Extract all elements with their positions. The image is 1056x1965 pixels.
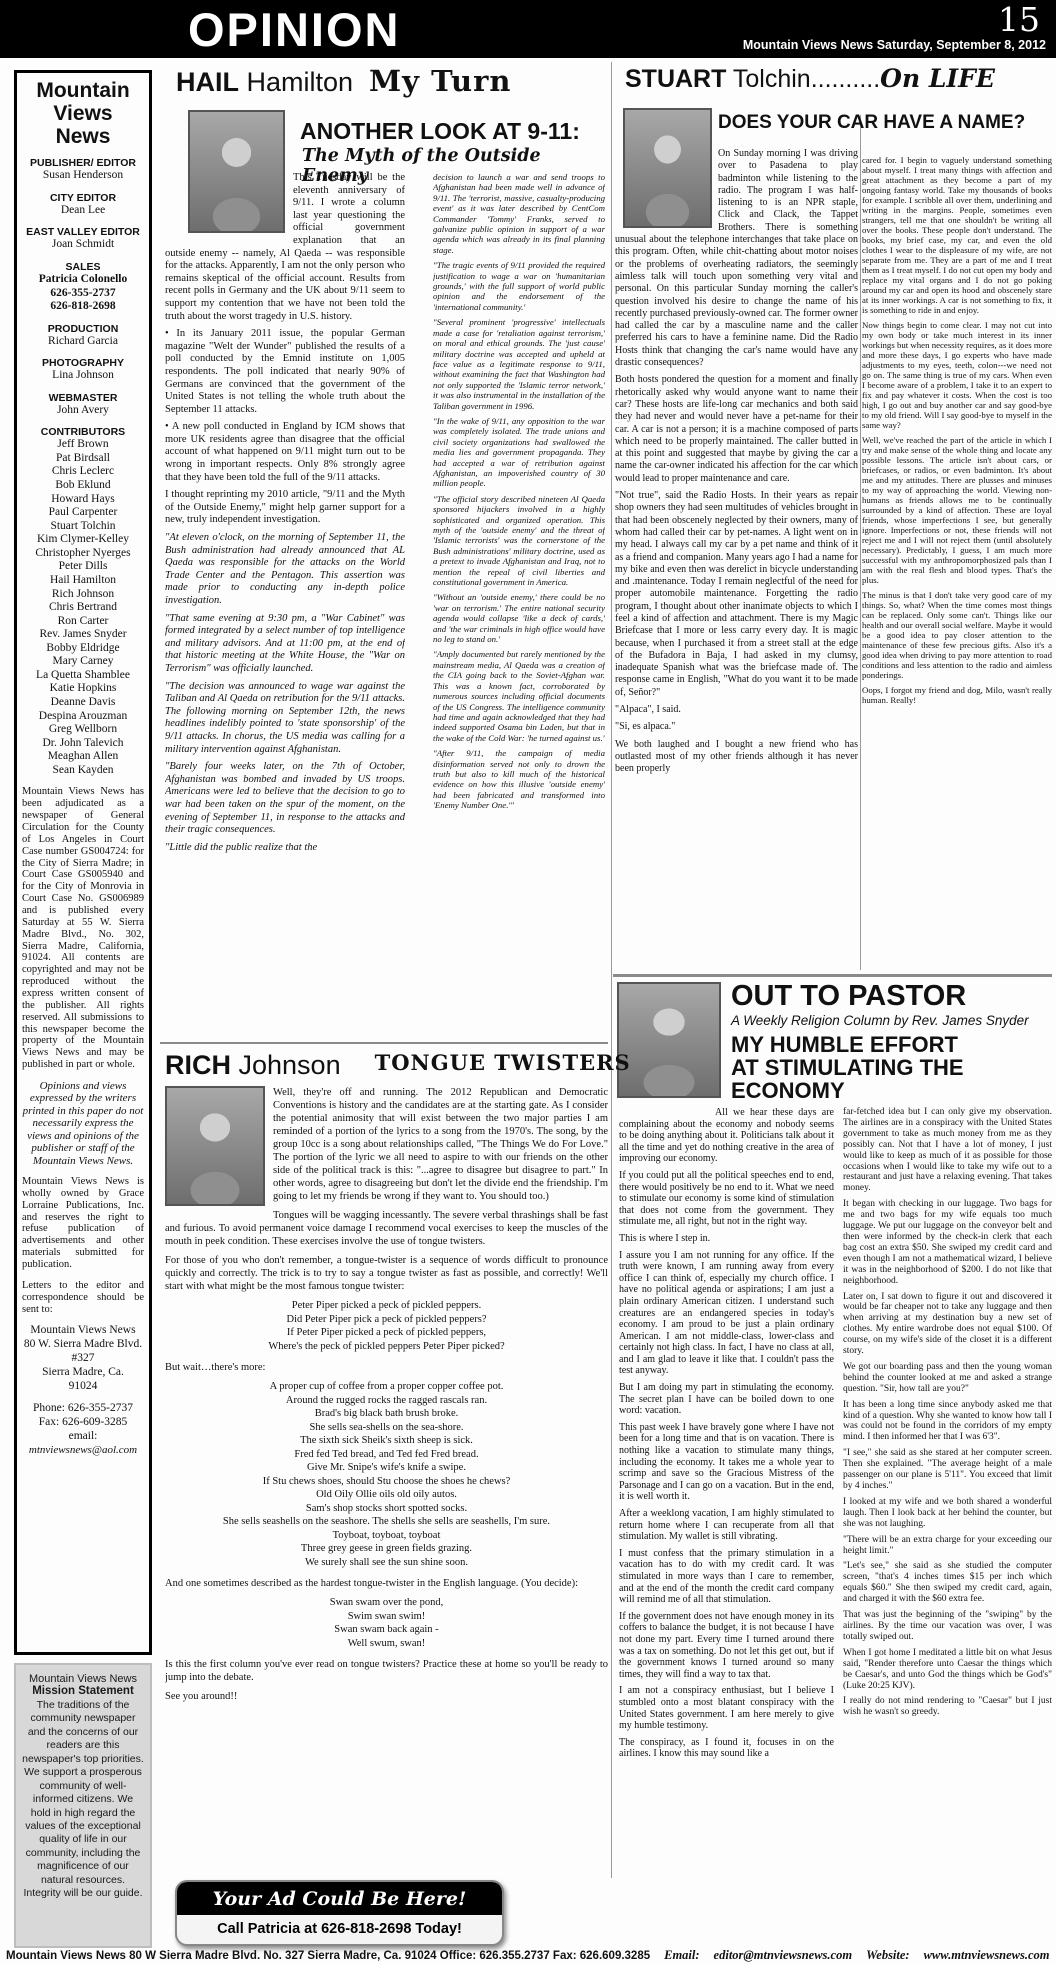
article-column-1: On Sunday morning I was driving over to … [615, 148, 858, 972]
paper-dateline: Mountain Views News Saturday, September … [743, 38, 1046, 52]
text-line: Paul Carpenter [22, 506, 144, 520]
article-column-2: cared for. I begin to vaguely understand… [862, 155, 1052, 967]
text-line: decision to launch a war and send troops… [433, 172, 605, 255]
text-line: Swan swam back again - [165, 1623, 608, 1637]
role-label: PHOTOGRAPHY [22, 357, 144, 369]
page-number: 15 [998, 0, 1040, 39]
text-line: Dr. John Talevich [22, 737, 144, 751]
text-line: Did Peter Piper pick a peck of pickled p… [165, 1313, 608, 1327]
more-label: But wait…there's more: [165, 1361, 608, 1374]
text-line: Bob Eklund [22, 479, 144, 493]
text-line: If Peter Piper picked a peck of pickled … [165, 1326, 608, 1340]
text-line: Bobby Eldridge [22, 642, 144, 656]
text-line: If you could put all the political speec… [619, 1170, 834, 1228]
text-line: Hail Hamilton [22, 574, 144, 588]
author-first-name: HAIL [176, 67, 239, 97]
text-line: News [22, 125, 144, 148]
column-divider [611, 62, 612, 1878]
role-label: PRODUCTION [22, 323, 144, 335]
text-line: A proper cup of coffee from a proper cop… [165, 1380, 608, 1394]
footer-address: Mountain Views News 80 W Sierra Madre Bl… [6, 1950, 650, 1962]
author-photo-rich-johnson [165, 1086, 265, 1206]
text-line: "Si, es alpaca." [615, 721, 858, 733]
article-body: Well, they're off and running. The 2012 … [165, 1086, 608, 1876]
text-line: Stuart Tolchin [22, 520, 144, 534]
text-line: #327 [22, 1352, 144, 1366]
text-line: Swan swam over the pond, [165, 1596, 608, 1610]
text-line: "Alpaca", I said. [615, 704, 858, 716]
text-line: John Avery [22, 404, 144, 418]
text-line: We surely shall see the sun shine soon. [165, 1556, 608, 1570]
role-names: Patricia Colonello626-355-2737626-818-26… [22, 273, 144, 314]
text-line: "Barely four weeks later, on the 7th of … [165, 761, 405, 837]
article-headline: TONGUE TWISTERS [375, 1050, 631, 1075]
text-line: Is this the first column you've ever rea… [165, 1658, 608, 1684]
author-first-name: RICH [165, 1050, 231, 1080]
footer-email: editor@mtnviewsnews.com [714, 1948, 853, 1963]
text-line: Mountain Views News [22, 1324, 144, 1338]
text-line: Mountain [22, 79, 144, 102]
text-line: She sells sea-shells on the sea-shore. [165, 1421, 608, 1435]
text-line: Three grey geese in green fields grazing… [165, 1542, 608, 1556]
photo-cutout [615, 148, 718, 232]
text-line: Swim swan swim! [165, 1610, 608, 1624]
page-footer: Mountain Views News 80 W Sierra Madre Bl… [0, 1946, 1056, 1965]
text-line: Howard Hays [22, 493, 144, 507]
text-line: For those of you who don't remember, a t… [165, 1254, 608, 1293]
letters-notice: Letters to the editor and correspondence… [22, 1280, 144, 1316]
column-kicker: HAIL HamiltonMy Turn [176, 64, 511, 98]
mission-title: Mission Statement [22, 1685, 144, 1697]
text-line: Around the rugged rocks the ragged rasca… [165, 1394, 608, 1408]
role-label: SALES [22, 261, 144, 273]
text-line: Oops, I forgot my friend and dog, Milo, … [862, 685, 1052, 705]
body-paragraphs: far-fetched idea but I can only give my … [843, 1107, 1052, 1718]
text-line: Sierra Madre, Ca. [22, 1366, 144, 1380]
masthead-sidebar: MountainViewsNews PUBLISHER/ EDITOR Susa… [14, 70, 152, 1655]
role-photography: PHOTOGRAPHY Lina Johnson [22, 357, 144, 383]
text-line: All we hear these days are complaining a… [619, 1107, 834, 1165]
text-line: Despina Arouzman [22, 710, 144, 724]
text-line: Rich Johnson [22, 588, 144, 602]
text-line: Joan Schmidt [22, 238, 144, 252]
column-kicker: STUART Tolchin..........On LIFE [625, 64, 995, 94]
closing-paragraphs: Is this the first column you've ever rea… [165, 1658, 608, 1703]
masthead-title: MountainViewsNews [22, 79, 144, 148]
role-names: Lina Johnson [22, 369, 144, 383]
author-last-name: Hamilton [239, 67, 353, 97]
column-kicker: RICH JohnsonTONGUE TWISTERS [165, 1050, 631, 1081]
text-line: "The tragic events of 9/11 provided the … [433, 260, 605, 312]
text-line: Mary Carney [22, 655, 144, 669]
text-line: Richard Garcia [22, 335, 144, 349]
role-names: Joan Schmidt [22, 238, 144, 252]
text-line: This past week I have bravely gone where… [619, 1422, 834, 1503]
quoted-paragraphs: "At eleven o'clock, on the morning of Se… [165, 532, 405, 854]
text-line: Deanne Davis [22, 696, 144, 710]
text-line: Chris Leclerc [22, 465, 144, 479]
role-label: PUBLISHER/ EDITOR [22, 157, 144, 169]
text-line: That was just the beginning of the "swip… [843, 1610, 1052, 1643]
role-names: Dean Lee [22, 204, 144, 218]
section-divider [613, 974, 1052, 977]
text-line: • A new poll conducted in England by ICM… [165, 421, 405, 484]
role-label: CONTRIBUTORS [22, 426, 144, 438]
swan-twister-lines: Swan swam over the pond,Swim swan swim!S… [165, 1596, 608, 1650]
masthead-email: mtnviewsnews@aol.com [22, 1444, 144, 1456]
text-line: I assure you I am not running for any of… [619, 1250, 834, 1378]
footer-website: www.mtnviewsnews.com [924, 1948, 1050, 1963]
text-line: Where's the peck of pickled peppers Pete… [165, 1340, 608, 1354]
text-line: "Little did the public realize that the [165, 842, 405, 855]
text-line: "At eleven o'clock, on the morning of Se… [165, 532, 405, 608]
house-ad: Your Ad Could Be Here! Call Patricia at … [175, 1880, 504, 1946]
text-line: Rev. James Snyder [22, 628, 144, 642]
text-line: But I am doing my part in stimulating th… [619, 1382, 834, 1417]
text-line: "That same evening at 9:30 pm, a "War Ca… [165, 613, 405, 676]
quoted-paragraphs: decision to launch a war and send troops… [433, 172, 605, 811]
text-line: 91024 [22, 1380, 144, 1394]
role-contributors: CONTRIBUTORS Jeff BrownPat BirdsallChris… [22, 426, 144, 777]
text-line: Well swum, swan! [165, 1637, 608, 1651]
hardest-label: And one sometimes described as the harde… [165, 1577, 608, 1590]
text-line: The sixth sick Sheik's sixth sheep is si… [165, 1434, 608, 1448]
text-line: It has been a long time since anybody as… [843, 1400, 1052, 1444]
text-line: Susan Henderson [22, 169, 144, 183]
text-line: I looked at my wife and we both shared a… [843, 1497, 1052, 1530]
footer-website-label: Website: [866, 1948, 910, 1963]
text-line: Kim Clymer-Kelley [22, 533, 144, 547]
article-column-1: This Tuesday will be the eleventh annive… [165, 172, 405, 1036]
body-paragraphs: cared for. I begin to vaguely understand… [862, 155, 1052, 705]
role-production: PRODUCTION Richard Garcia [22, 323, 144, 349]
text-line: "There will be an extra charge for your … [843, 1535, 1052, 1557]
text-line: When I got home I meditated a little bit… [843, 1648, 1052, 1692]
text-line: Jeff Brown [22, 438, 144, 452]
role-label: EAST VALLEY EDITOR [22, 226, 144, 238]
role-names: John Avery [22, 404, 144, 418]
author-last-name: Johnson [231, 1050, 341, 1080]
pastor-header: OUT TO PASTOR A Weekly Religion Column b… [617, 982, 1052, 1102]
ownership-notice: Mountain Views News is wholly owned by G… [22, 1176, 144, 1271]
text-line: Peter Piper picked a peck of pickled pep… [165, 1299, 608, 1313]
column-title: My Turn [369, 64, 511, 98]
text-line: 626-818-2698 [22, 300, 144, 314]
mission-body: The traditions of the community newspape… [22, 1699, 144, 1901]
text-line: Patricia Colonello [22, 273, 144, 287]
text-line: 80 W. Sierra Madre Blvd. [22, 1338, 144, 1352]
contributor-names: Jeff BrownPat BirdsallChris LeclercBob E… [22, 438, 144, 777]
text-line: cared for. I begin to vaguely understand… [862, 155, 1052, 315]
author-first-name: STUART [625, 65, 726, 93]
text-line: Phone: 626-355-2737 [22, 1402, 144, 1416]
section-divider [160, 1042, 608, 1044]
text-line: Give Mr. Snipe's wife's knife a swipe. [165, 1461, 608, 1475]
text-line: This is where I step in. [619, 1233, 834, 1245]
text-line: If the government does not have enough m… [619, 1611, 834, 1681]
role-webmaster: WEBMASTER John Avery [22, 392, 144, 418]
text-line: Fred fed Ted bread, and Ted fed Fred bre… [165, 1448, 608, 1462]
article-column-1: All we hear these days are complaining a… [619, 1107, 834, 1907]
text-line: far-fetched idea but I can only give my … [843, 1107, 1052, 1194]
text-line: The minus is that I don't take very good… [862, 590, 1052, 680]
text-line: "After 9/11, the campaign of media disin… [433, 748, 605, 810]
text-line: Views [22, 102, 144, 125]
famous-twister-lines: Peter Piper picked a peck of pickled pep… [165, 1299, 608, 1353]
body-paragraphs: On Sunday morning I was driving over to … [615, 148, 858, 776]
ad-call-to-action: Call Patricia at 626-818-2698 Today! [177, 1915, 502, 1942]
adjudication-notice: Mountain Views News has been adjudicated… [22, 786, 144, 1071]
text-line: Brad's big black bath brush broke. [165, 1407, 608, 1421]
text-line: Peter Dills [22, 560, 144, 574]
text-line: "The decision was announced to wage war … [165, 681, 405, 757]
text-line: Now things begin to come clear. I may no… [862, 320, 1052, 430]
text-line: Sean Kayden [22, 764, 144, 778]
text-line: Sam's shop stocks short spotted socks. [165, 1502, 608, 1516]
contact-lines: Phone: 626-355-2737Fax: 626-609-3285emai… [22, 1402, 144, 1443]
text-line: We both laughed and I bought a new frien… [615, 739, 858, 776]
text-line: Dean Lee [22, 204, 144, 218]
text-line: "Not true", said the Radio Hosts. In the… [615, 490, 858, 699]
role-publisher: PUBLISHER/ EDITOR Susan Henderson [22, 157, 144, 183]
ad-headline: Your Ad Could Be Here! [177, 1882, 502, 1915]
text-line: After a weeklong vacation, I am highly s… [619, 1508, 834, 1543]
role-city-editor: CITY EDITOR Dean Lee [22, 192, 144, 218]
text-line: "In the wake of 9/11, any opposition to … [433, 416, 605, 489]
text-line: See you around!! [165, 1690, 608, 1703]
text-line: She sells seashells on the seashore. The… [165, 1515, 608, 1529]
mission-statement-box: Mountain Views News Mission Statement Th… [14, 1663, 152, 1948]
role-label: CITY EDITOR [22, 192, 144, 204]
text-line: Lina Johnson [22, 369, 144, 383]
role-label: WEBMASTER [22, 392, 144, 404]
text-line: I thought reprinting my 2010 article, "9… [165, 489, 405, 527]
role-sales: SALES Patricia Colonello626-355-2737626-… [22, 261, 144, 314]
footer-email-label: Email: [664, 1948, 699, 1963]
newspaper-page: OPINION 15 Mountain Views News Saturday,… [0, 0, 1056, 1965]
text-line: If Stu chews shoes, should Stu choose th… [165, 1475, 608, 1489]
mailing-address: Mountain Views News80 W. Sierra Madre Bl… [22, 1324, 144, 1393]
section-title: OPINION [188, 2, 400, 57]
role-names: Susan Henderson [22, 169, 144, 183]
text-line: Well, we've reached the part of the arti… [862, 435, 1052, 585]
text-line: Fax: 626-609-3285 [22, 1416, 144, 1430]
section-banner: OPINION 15 Mountain Views News Saturday,… [0, 0, 1056, 58]
text-line: • In its January 2011 issue, the popular… [165, 328, 405, 416]
text-line: Later on, I sat down to figure it out an… [843, 1292, 1052, 1357]
text-line: I must confess that the primary stimulat… [619, 1548, 834, 1606]
text-line: Pat Birdsall [22, 452, 144, 466]
text-line: "Let's see," she said as she studied the… [843, 1561, 1052, 1605]
column-title: On LIFE [880, 64, 995, 93]
text-line: Tongues will be wagging incessantly. The… [165, 1209, 608, 1248]
text-line: "Without an 'outside enemy,' there could… [433, 592, 605, 644]
author-photo-james-snyder [617, 982, 721, 1098]
photo-cutout [165, 172, 293, 236]
column-divider [860, 115, 861, 970]
mission-paper-name: Mountain Views News [22, 1673, 144, 1685]
text-line: Chris Bertrand [22, 601, 144, 615]
role-east-valley-editor: EAST VALLEY EDITOR Joan Schmidt [22, 226, 144, 252]
text-line: La Quetta Shamblee [22, 669, 144, 683]
role-names: Richard Garcia [22, 335, 144, 349]
text-line: I am not a conspiracy enthusiast, but I … [619, 1685, 834, 1731]
text-line: Ron Carter [22, 615, 144, 629]
text-line: Toyboat, toyboat, toyboat [165, 1529, 608, 1543]
author-last-name: Tolchin.......... [726, 65, 880, 93]
text-line: Greg Wellborn [22, 723, 144, 737]
text-line: "Amply documented but rarely mentioned b… [433, 649, 605, 743]
text-line: It began with checking in our luggage. T… [843, 1199, 1052, 1286]
article-headline: ANOTHER LOOK AT 9-11: [300, 118, 610, 145]
text-line: Meaghan Allen [22, 750, 144, 764]
article-column-2: decision to launch a war and send troops… [433, 172, 605, 1034]
text-line: "The official story described nineteen A… [433, 494, 605, 588]
text-line: The conspiracy, as I found it, focuses i… [619, 1737, 834, 1760]
text-line: 626-355-2737 [22, 287, 144, 301]
article-headline: DOES YOUR CAR HAVE A NAME? [718, 112, 1025, 134]
twister-lines: A proper cup of coffee from a proper cop… [165, 1380, 608, 1569]
article-column-2: far-fetched idea but I can only give my … [843, 1107, 1052, 1907]
text-line: Both hosts pondered the question for a m… [615, 374, 858, 485]
text-line: Old Oily Ollie oils old oily autos. [165, 1488, 608, 1502]
text-line: Christopher Nyerges [22, 547, 144, 561]
opinions-disclaimer: Opinions and views expressed by the writ… [22, 1080, 144, 1167]
text-line: email: [22, 1430, 144, 1444]
text-line: I really do not mind rendering to "Caesa… [843, 1696, 1052, 1718]
text-line: Katie Hopkins [22, 682, 144, 696]
body-paragraphs: All we hear these days are complaining a… [619, 1107, 834, 1760]
text-line: We got our boarding pass and then the yo… [843, 1362, 1052, 1395]
text-line: "I see," she said as she stared at her c… [843, 1448, 1052, 1492]
text-line: "Several prominent 'progressive' intelle… [433, 317, 605, 411]
